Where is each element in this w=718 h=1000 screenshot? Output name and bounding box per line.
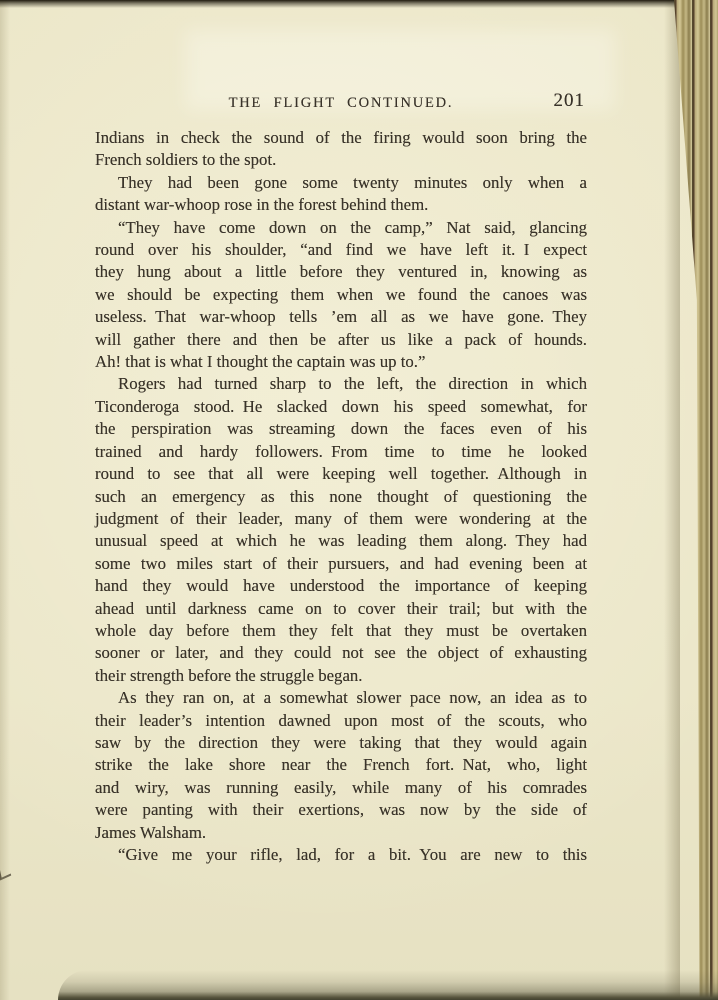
text-line: “Give me your rifle, lad, for a bit. You…	[95, 844, 587, 866]
text-line: were panting with their exertions, was n…	[95, 799, 587, 821]
text-line: they hung about a little before they ven…	[95, 261, 587, 283]
text-line: sooner or later, and they could not see …	[95, 642, 587, 664]
text-line: some two miles start of their pursuers, …	[95, 553, 587, 575]
text-line: their strength before the struggle began…	[95, 665, 587, 687]
text-line: and wiry, was running easily, while many…	[95, 777, 587, 799]
text-line: their leader’s intention dawned upon mos…	[95, 710, 587, 732]
text-line: will gather there and then be after us l…	[95, 329, 587, 351]
text-line: distant war-whoop rose in the forest beh…	[95, 194, 587, 216]
text-line: hand they would have understood the impo…	[95, 575, 587, 597]
text-line: ahead until darkness came on to cover th…	[95, 598, 587, 620]
running-header: THE FLIGHT CONTINUED. 201	[95, 92, 587, 114]
right-edge-shadow	[664, 0, 680, 1000]
text-line: “They have come down on the camp,” Nat s…	[95, 217, 587, 239]
bottom-edge-shadow	[58, 970, 718, 1000]
text-line: such an emergency as this none thought o…	[95, 486, 587, 508]
running-head-title: THE FLIGHT CONTINUED.	[229, 95, 454, 112]
text-line: Ticonderoga stood. He slacked down his s…	[95, 396, 587, 418]
text-line: Ah! that is what I thought the captain w…	[95, 351, 587, 373]
page-number: 201	[554, 90, 586, 112]
text-line: useless. That war-whoop tells ’em all as…	[95, 306, 587, 328]
text-line: Indians in check the sound of the firing…	[95, 127, 587, 149]
book-edge-right	[674, 0, 718, 1000]
text-line: James Walsham.	[95, 822, 587, 844]
text-line: They had been gone some twenty minutes o…	[95, 172, 587, 194]
text-line: the perspiration was streaming down the …	[95, 418, 587, 440]
text-line: unusual speed at which he was leading th…	[95, 530, 587, 552]
text-line: saw by the direction they were taking th…	[95, 732, 587, 754]
text-line: judgment of their leader, many of them w…	[95, 508, 587, 530]
text-line: round over his shoulder, “and find we ha…	[95, 239, 587, 261]
text-block: Indians in check the sound of the firing…	[95, 127, 587, 866]
text-line: round to see that all were keeping well …	[95, 463, 587, 485]
text-line: strike the lake shore near the French fo…	[95, 754, 587, 776]
page-scan: { "page": { "running_head": "THE FLIGHT …	[0, 0, 718, 1000]
text-line: Rogers had turned sharp to the left, the…	[95, 373, 587, 395]
text-line: French soldiers to the spot.	[95, 149, 587, 171]
left-edge-shade	[0, 0, 10, 1000]
text-line: whole day before them they felt that the…	[95, 620, 587, 642]
text-line: trained and hardy followers. From time t…	[95, 441, 587, 463]
text-line: As they ran on, at a somewhat slower pac…	[95, 687, 587, 709]
top-edge-shadow	[0, 0, 718, 8]
text-line: we should be expecting them when we foun…	[95, 284, 587, 306]
